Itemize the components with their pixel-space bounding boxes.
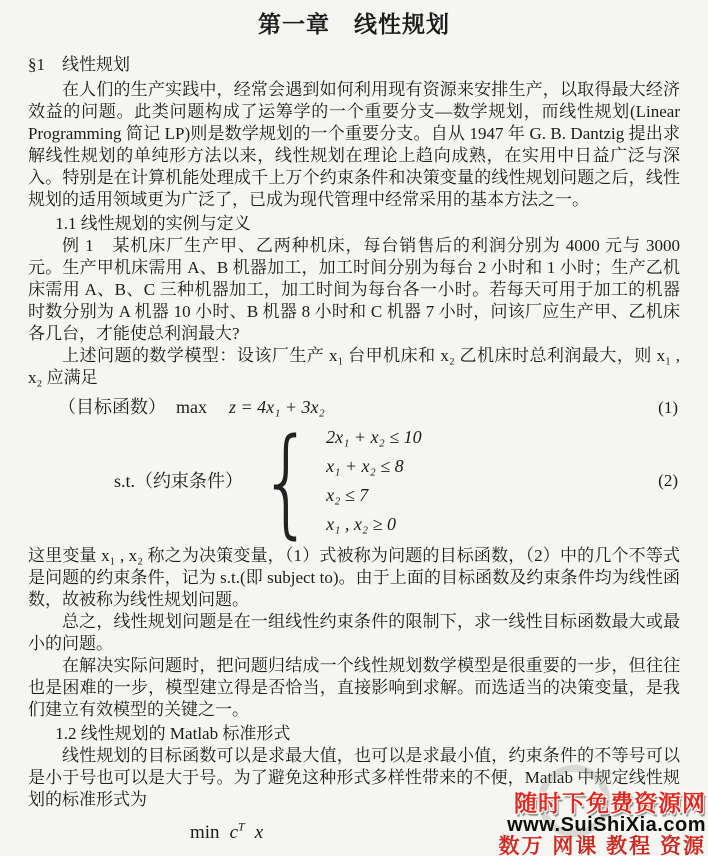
page-title: 第一章 线性规划: [28, 10, 680, 40]
section-1-heading: §1 线性规划: [28, 54, 680, 76]
watermark-block: 随时下免费资源网 www.SuiShiXia.com 数万 网课 教程 资源: [498, 791, 708, 856]
constraints-label: s.t.（约束条件）: [114, 470, 243, 492]
paragraph-model-intro: 上述问题的数学模型：设该厂生产 x₁ 台甲机床和 x₂ 乙机床时总利润最大，则 …: [28, 345, 680, 389]
equation-objective: （目标函数） max z = 4x₁ + 3x₂ (1): [28, 394, 680, 421]
section-1-2-heading: 1.2 线性规划的 Matlab 标准形式: [28, 723, 680, 745]
paragraph-example-1: 例 1 某机床厂生产甲、乙两种机床，每台销售后的利润分别为 4000 元与 30…: [28, 235, 680, 345]
section-1-1-heading: 1.1 线性规划的实例与定义: [28, 213, 680, 235]
watermark-url: www.SuiShiXia.com: [498, 815, 708, 836]
cost-vector: cT: [230, 820, 245, 846]
constraint-row-4: x₁ , x₂ ≥ 0: [326, 510, 422, 539]
constraint-row-3: x₂ ≤ 7: [326, 481, 422, 510]
document-page: 第一章 线性规划 §1 线性规划 在人们的生产实践中，经常会遇到如何利用现有资源…: [0, 0, 708, 856]
objective-label: （目标函数）: [58, 394, 166, 420]
decision-vector: x: [255, 820, 263, 846]
paragraph-decision-variables: 这里变量 x₁ , x₂ 称之为决策变量，（1）式被称为问题的目标函数，（2）中…: [28, 545, 680, 611]
equation-number-2: (2): [658, 470, 678, 492]
watermark-slogan: 随时下免费资源网: [498, 791, 708, 815]
constraint-row-1: 2x₁ + x₂ ≤ 10: [326, 423, 422, 452]
constraint-rows: 2x₁ + x₂ ≤ 10 x₁ + x₂ ≤ 8 x₂ ≤ 7 x₁ , x₂…: [326, 423, 422, 539]
watermark-tagline: 数万 网课 教程 资源: [498, 836, 708, 856]
transpose-superscript: T: [238, 820, 245, 834]
equation-constraints: s.t.（约束条件） { 2x₁ + x₂ ≤ 10 x₁ + x₂ ≤ 8 x…: [28, 423, 680, 539]
equation-number-1: (1): [658, 395, 678, 421]
min-operator: min: [190, 820, 220, 846]
objective-operator: max: [176, 394, 207, 420]
left-brace-glyph: {: [260, 425, 314, 537]
constraint-row-2: x₁ + x₂ ≤ 8: [326, 452, 422, 481]
paragraph-summary: 总之，线性规划问题是在一组线性约束条件的限制下，求一线性目标函数最大或最小的问题…: [28, 611, 680, 655]
paragraph-practice: 在解决实际问题时，把问题归结成一个线性规划数学模型是很重要的一步，但往往也是困难…: [28, 655, 680, 721]
paragraph-intro: 在人们的生产实践中，经常会遇到如何利用现有资源来安排生产，以取得最大经济效益的问…: [28, 79, 680, 211]
